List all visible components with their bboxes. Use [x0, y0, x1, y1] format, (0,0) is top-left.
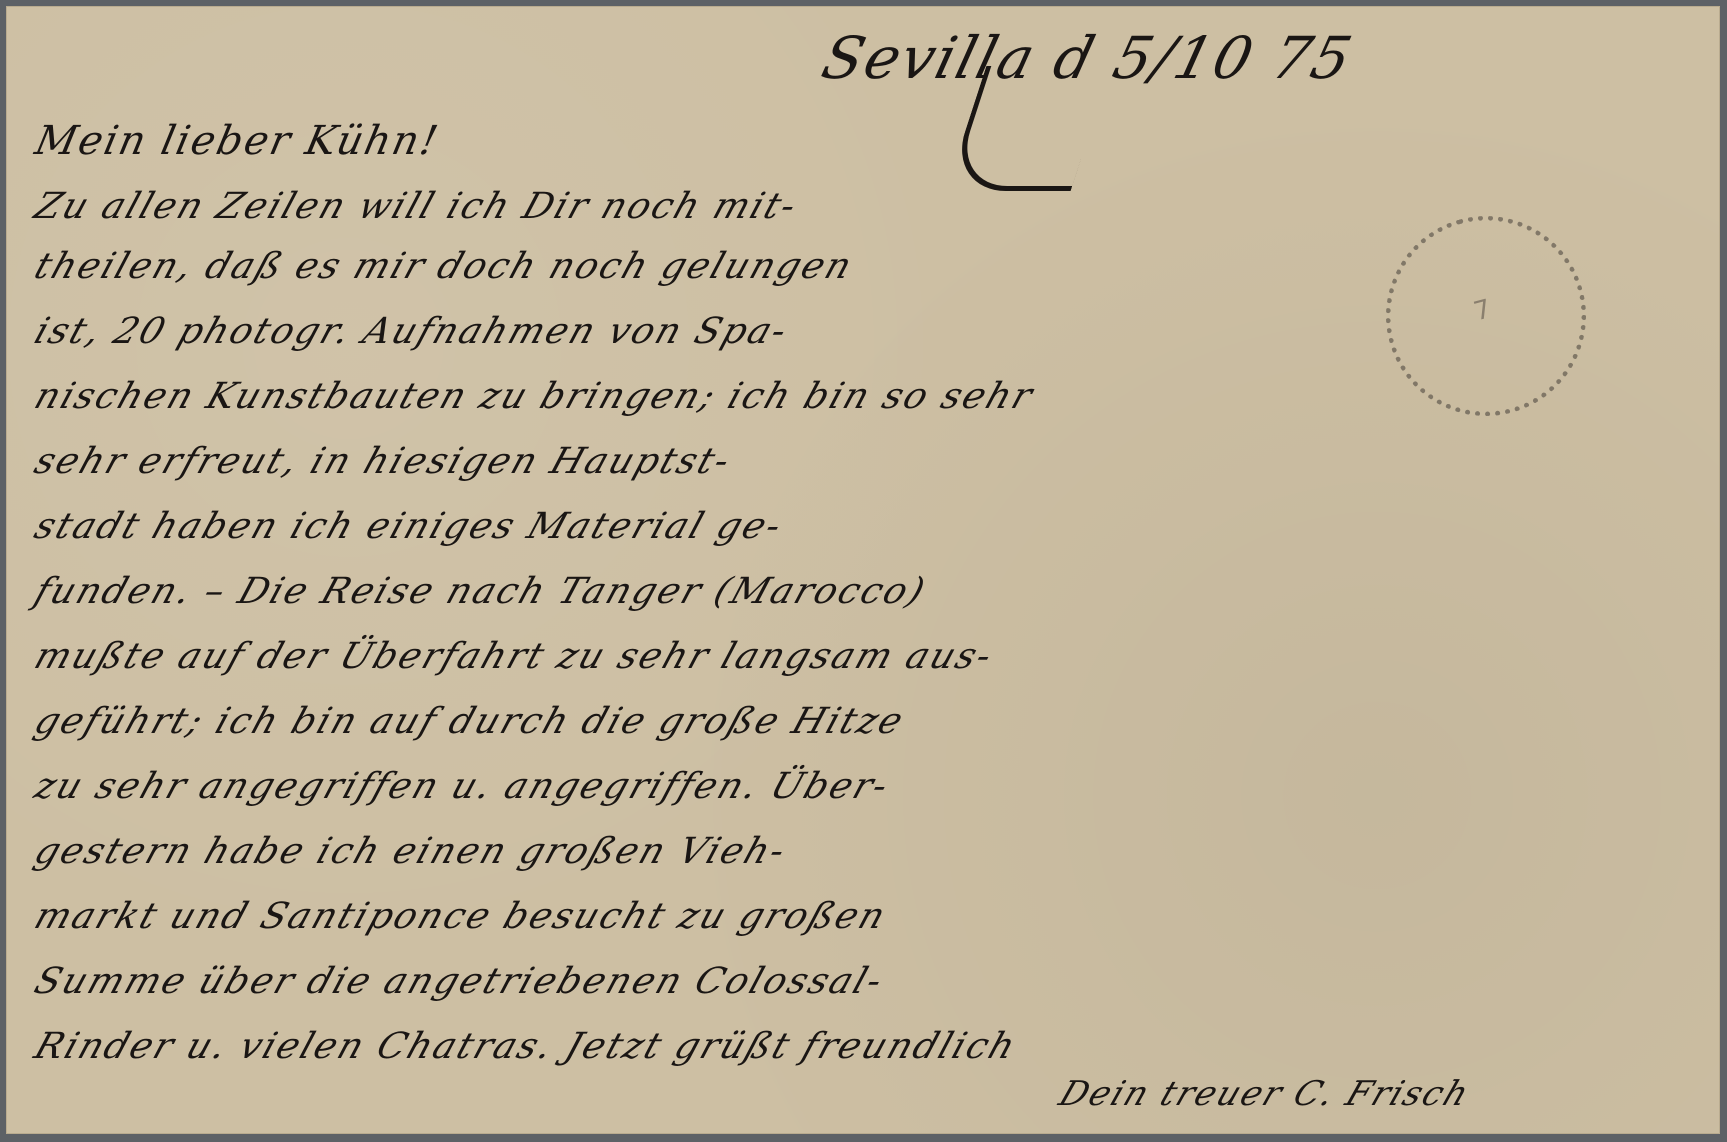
postmark-stamp: 7 [1364, 194, 1609, 439]
text-line: Rinder u. vielen Chatras. Jetzt grüßt fr… [29, 1026, 1022, 1067]
text-line: theilen, daß es mir doch noch gelungen [29, 246, 858, 287]
salutation: Mein lieber Kühn! [31, 118, 443, 164]
postcard: Sevilla d 5/10 75 Mein lieber Kühn! Zu a… [6, 6, 1720, 1134]
text-line: Summe über die angetriebenen Colossal- [29, 961, 889, 1002]
text-line: zu sehr angegriffen u. angegriffen. Über… [29, 766, 895, 807]
text-line: sehr erfreut, in hiesigen Hauptst- [29, 441, 736, 482]
postmark-text: 7 [1389, 271, 1580, 349]
text-line: funden. – Die Reise nach Tanger (Marocco… [29, 571, 931, 612]
text-line: Zu allen Zeilen will ich Dir noch mit- [29, 186, 803, 227]
text-line: nischen Kunstbauten zu bringen; ich bin … [29, 376, 1039, 417]
text-line: markt und Santiponce besucht zu großen [29, 896, 892, 937]
text-line: ist, 20 photogr. Aufnahmen von Spa- [29, 311, 793, 352]
signature: Dein treuer C. Frisch [1054, 1074, 1476, 1114]
text-line: gestern habe ich einen großen Vieh- [29, 831, 792, 872]
text-line: stadt haben ich einiges Material ge- [29, 506, 788, 547]
text-line: geführt; ich bin auf durch die große Hit… [29, 701, 909, 742]
text-line: mußte auf der Überfahrt zu sehr langsam … [29, 636, 998, 677]
